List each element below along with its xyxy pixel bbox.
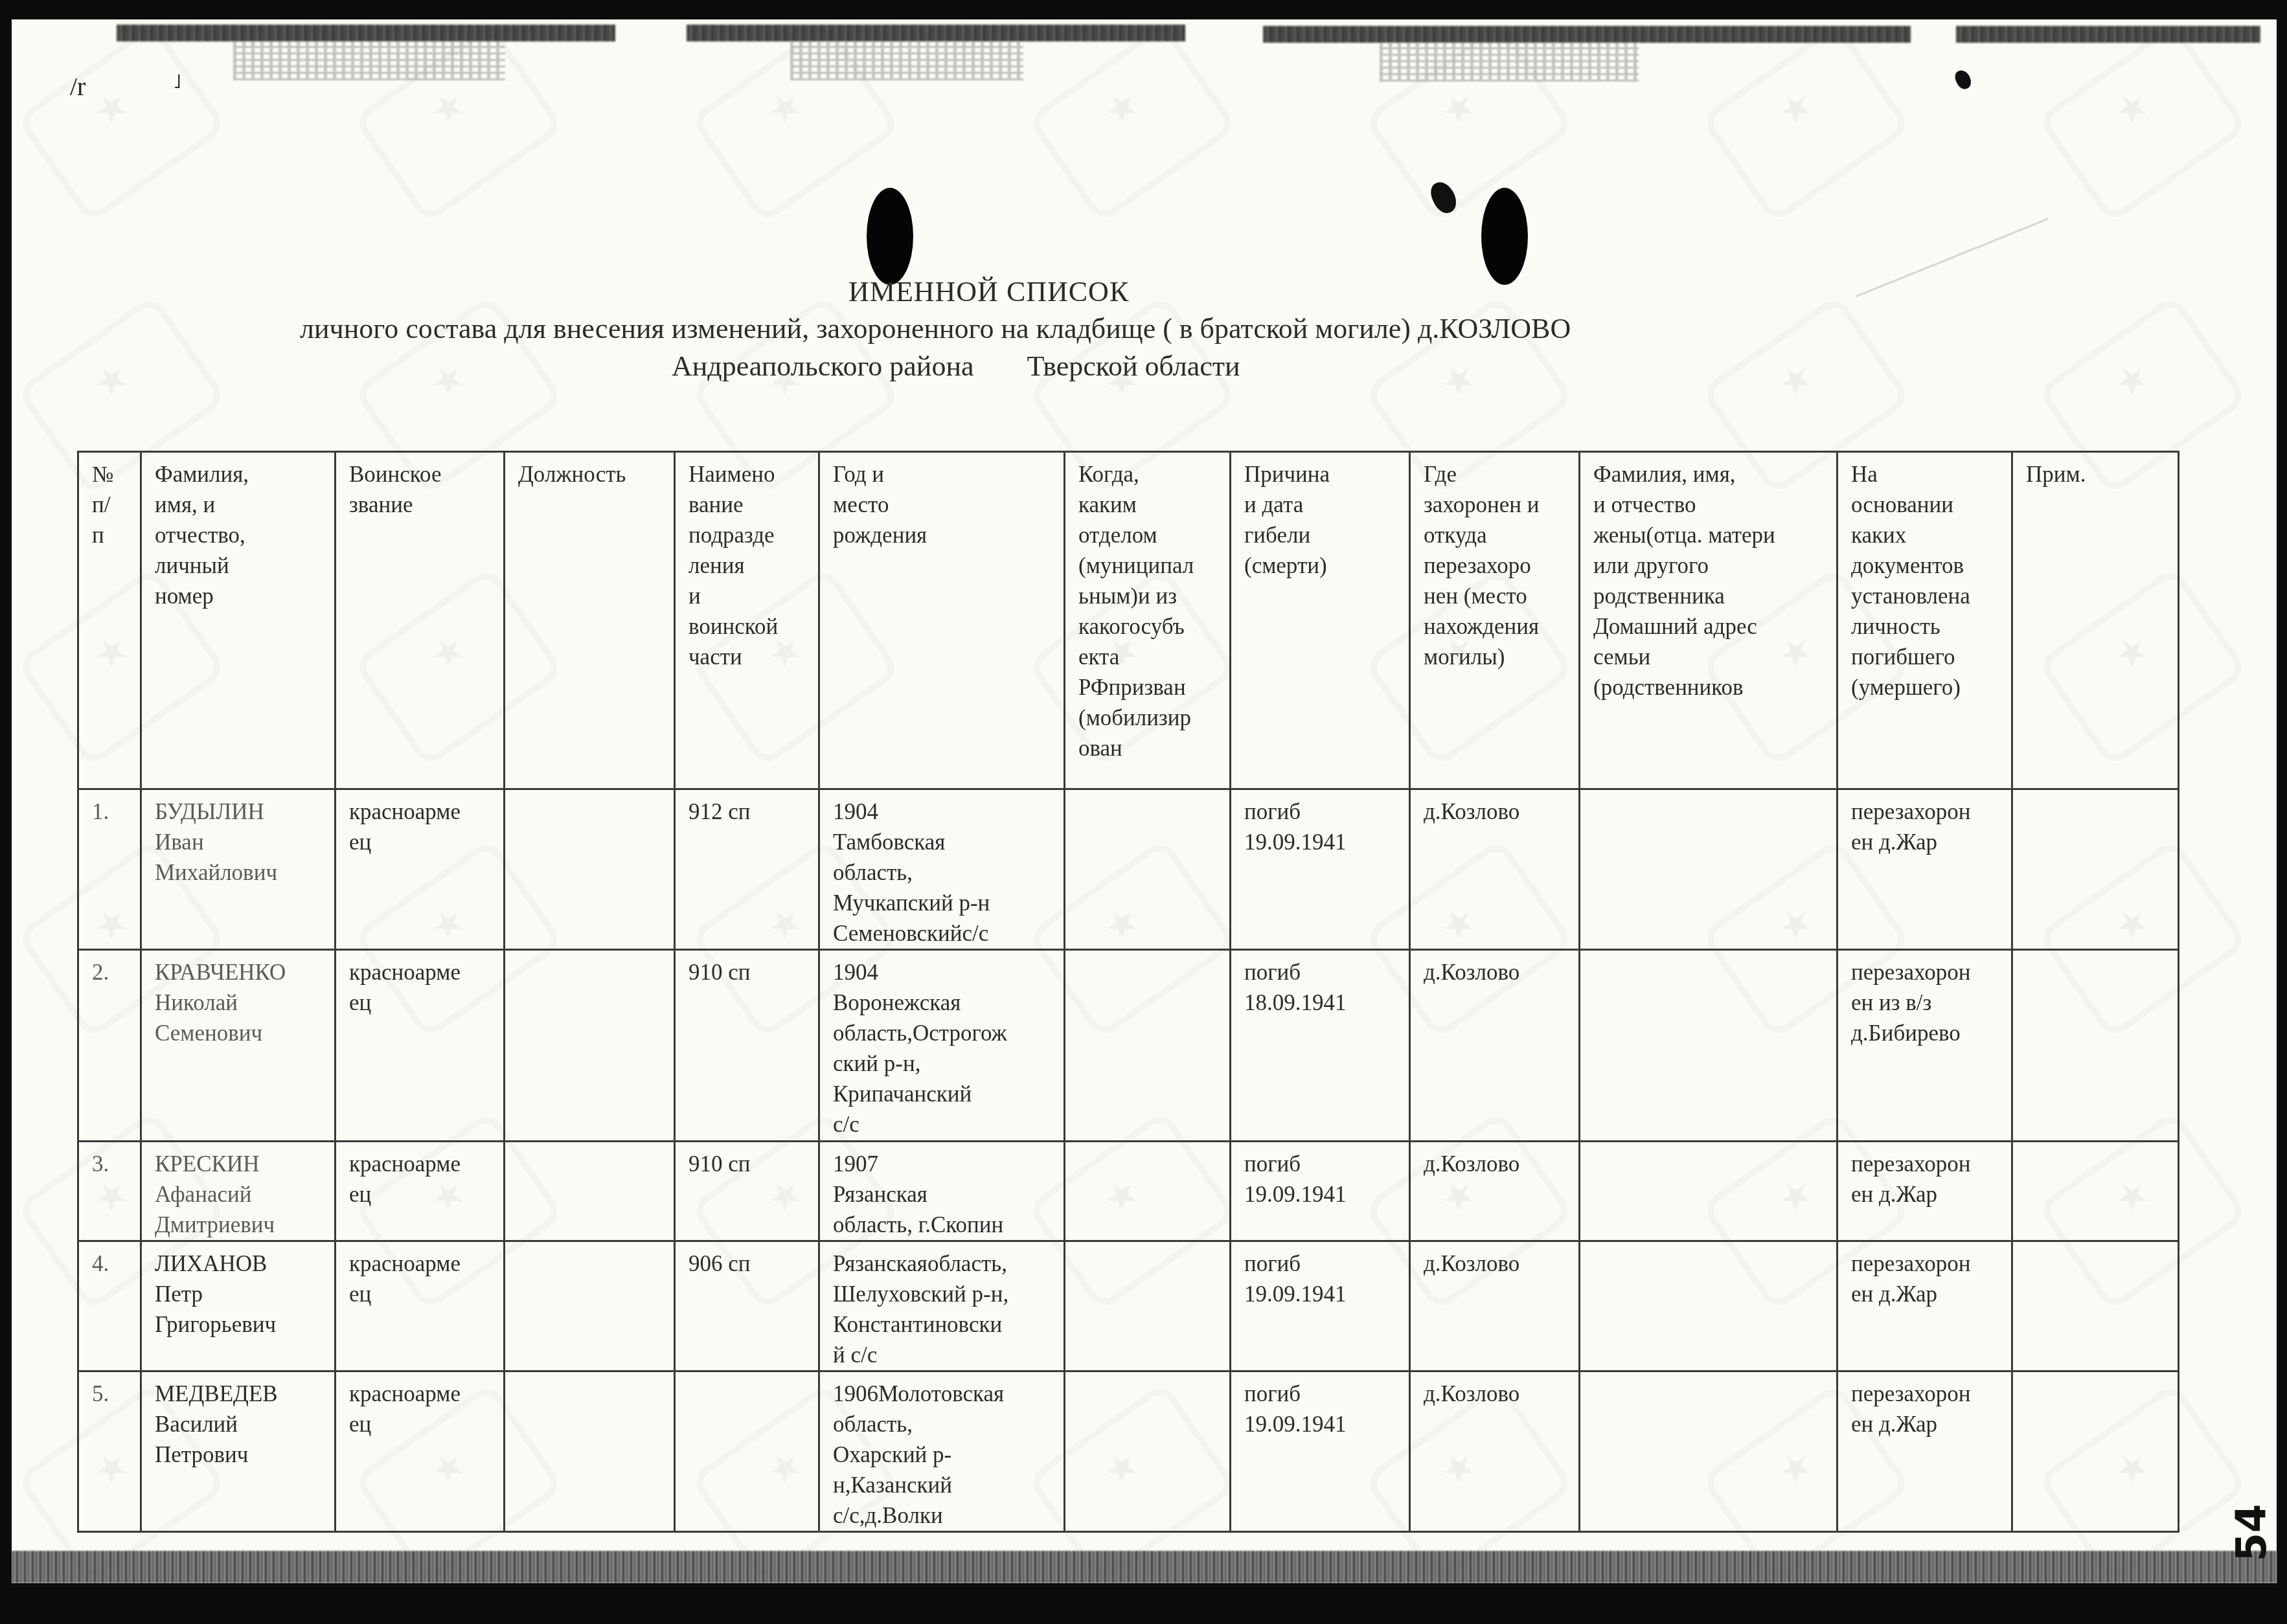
- header-line: личный: [155, 550, 334, 581]
- cell-line: Охарский р-: [833, 1439, 1064, 1470]
- header-line: основании: [1851, 490, 2011, 520]
- cell-position: [505, 1142, 675, 1241]
- cell-basis: перезахоронен из в/зд.Бибирево: [1838, 950, 2012, 1142]
- cell-line: Тамбовская: [833, 827, 1064, 857]
- cell-line: погиб: [1244, 957, 1409, 987]
- header-line: личность: [1851, 611, 2011, 642]
- cell-death: погиб18.09.1941: [1231, 950, 1410, 1142]
- header-line: могилы): [1424, 642, 1578, 672]
- header-line: имя, и: [155, 490, 334, 520]
- header-line: место: [833, 490, 1064, 520]
- cell-line: д.Козлово: [1424, 1379, 1578, 1409]
- district-name: Андреапольского района: [672, 350, 974, 382]
- header-line: Прим.: [2026, 459, 2178, 490]
- header-line: (родственников: [1593, 672, 1836, 703]
- cell-line: 2.: [92, 957, 140, 987]
- cell-birth: 1907Рязанскаяобласть, г.Скопин: [819, 1142, 1065, 1241]
- cell-line: ен из в/з: [1851, 987, 2011, 1018]
- header-line: отчество,: [155, 520, 334, 550]
- column-header-death: Причинаи датагибели(смерти): [1231, 452, 1410, 789]
- header-line: Должность: [518, 459, 674, 490]
- cell-position: [505, 950, 675, 1142]
- watermark-stamp-icon: ★: [1026, 22, 1238, 225]
- cell-line: перезахорон: [1851, 957, 2011, 987]
- header-line: На: [1851, 459, 2011, 490]
- scan-border-top: [0, 0, 2287, 22]
- cell-line: ец: [349, 827, 503, 857]
- header-line: документов: [1851, 550, 2011, 581]
- cell-line: 912 сп: [688, 796, 818, 827]
- header-line: рождения: [833, 520, 1064, 550]
- cell-birth: Рязанскаяобласть,Шелуховский р-н,Констан…: [819, 1241, 1065, 1371]
- document-location: Андреапольского районаТверской области: [672, 350, 1240, 383]
- cell-unit: 906 сп: [675, 1241, 819, 1371]
- header-line: родственника: [1593, 581, 1836, 611]
- header-line: ован: [1078, 733, 1229, 763]
- cell-line: перезахорон: [1851, 1379, 2011, 1409]
- cell-line: ец: [349, 1179, 503, 1210]
- table-header-row: №п/пФамилия, имя, иотчество,личныйномерВ…: [78, 452, 2179, 789]
- document-title: ИМЕННОЙ СПИСОК: [848, 275, 1129, 308]
- column-header-note: Прим.: [2012, 452, 2179, 789]
- cell-basis: перезахоронен д.Жар: [1838, 1142, 2012, 1241]
- cell-line: й с/с: [833, 1340, 1064, 1370]
- scan-smudge: [687, 25, 1185, 41]
- cell-relatives: [1580, 950, 1838, 1142]
- table-row: 4.ЛИХАНОВПетрГригорьевичкрасноармеец906 …: [78, 1241, 2179, 1371]
- cell-line: 19.09.1941: [1244, 1279, 1409, 1309]
- cell-drafted: [1065, 1371, 1231, 1532]
- cell-name: БУДЫЛИНИванМихайлович: [141, 789, 336, 950]
- cell-drafted: [1065, 950, 1231, 1142]
- cell-line: н,Казанский: [833, 1470, 1064, 1500]
- cell-rank: красноармеец: [336, 1142, 505, 1241]
- scan-smudge: [790, 41, 1023, 80]
- cell-name: КРАВЧЕНКОНиколайСеменович: [141, 950, 336, 1142]
- cell-birth: 1904Тамбовскаяобласть,Мучкапский р-нСеме…: [819, 789, 1065, 950]
- header-line: каким: [1078, 490, 1229, 520]
- cell-line: Константиновски: [833, 1309, 1064, 1340]
- header-line: Когда,: [1078, 459, 1229, 490]
- cell-death: погиб19.09.1941: [1231, 1241, 1410, 1371]
- header-line: жены(отца. матери: [1593, 520, 1836, 550]
- cell-line: 1904: [833, 796, 1064, 827]
- header-line: Фамилия, имя,: [1593, 459, 1836, 490]
- cell-note: [2012, 789, 2179, 950]
- cell-line: ец: [349, 987, 503, 1018]
- cell-line: перезахорон: [1851, 1149, 2011, 1179]
- header-line: РФпризван: [1078, 672, 1229, 703]
- header-line: п: [92, 520, 140, 550]
- cell-line: д.Козлово: [1424, 796, 1578, 827]
- header-line: установлена: [1851, 581, 2011, 611]
- table-row: 3.КРЕСКИНАфанасийДмитриевичкрасноармеец9…: [78, 1142, 2179, 1241]
- cell-line: 19.09.1941: [1244, 1409, 1409, 1439]
- cell-line: перезахорон: [1851, 1248, 2011, 1279]
- header-line: Наимено: [688, 459, 818, 490]
- cell-basis: перезахоронен д.Жар: [1838, 789, 2012, 950]
- header-line: ьным)и из: [1078, 581, 1229, 611]
- cell-unit: 910 сп: [675, 950, 819, 1142]
- header-line: или другого: [1593, 550, 1836, 581]
- cell-death: погиб19.09.1941: [1231, 1371, 1410, 1532]
- column-header-rank: Воинскоезвание: [336, 452, 505, 789]
- column-header-burial: Гдезахоронен иоткудаперезахоронен (место…: [1410, 452, 1580, 789]
- header-line: подразде: [688, 520, 818, 550]
- cell-line: Мучкапский р-н: [833, 888, 1064, 918]
- cell-line: ен д.Жар: [1851, 1279, 2011, 1309]
- cell-line: область,Острогож: [833, 1018, 1064, 1048]
- header-line: гибели: [1244, 520, 1409, 550]
- cell-position: [505, 1371, 675, 1532]
- header-line: звание: [349, 490, 503, 520]
- cell-drafted: [1065, 1241, 1231, 1371]
- cell-note: [2012, 1142, 2179, 1241]
- cell-line: д.Козлово: [1424, 957, 1578, 987]
- cell-rank: красноармеец: [336, 1241, 505, 1371]
- table-row: 5.МЕДВЕДЕВВасилийПетровичкрасноармеец190…: [78, 1371, 2179, 1532]
- cell-line: красноарме: [349, 1248, 503, 1279]
- region-name: Тверской области: [1027, 350, 1240, 382]
- cell-relatives: [1580, 1241, 1838, 1371]
- scan-border-bottom: [0, 1583, 2287, 1624]
- cell-line: Дмитриевич: [155, 1210, 334, 1240]
- column-header-relatives: Фамилия, имя,и отчествожены(отца. матери…: [1580, 452, 1838, 789]
- header-line: и дата: [1244, 490, 1409, 520]
- cell-relatives: [1580, 789, 1838, 950]
- header-line: Причина: [1244, 459, 1409, 490]
- table-row: 2.КРАВЧЕНКОНиколайСеменовичкрасноармеец9…: [78, 950, 2179, 1142]
- cell-drafted: [1065, 789, 1231, 950]
- header-line: части: [688, 642, 818, 672]
- cell-line: Афанасий: [155, 1179, 334, 1210]
- header-line: (муниципал: [1078, 550, 1229, 581]
- cell-line: погиб: [1244, 796, 1409, 827]
- cell-line: Воронежская: [833, 987, 1064, 1018]
- cell-num: 4.: [78, 1241, 141, 1371]
- cell-line: 4.: [92, 1248, 140, 1279]
- cell-line: 18.09.1941: [1244, 987, 1409, 1018]
- header-line: Где: [1424, 459, 1578, 490]
- cell-line: красноарме: [349, 1379, 503, 1409]
- scan-smudge: [1380, 43, 1639, 82]
- cell-line: погиб: [1244, 1248, 1409, 1279]
- cell-name: КРЕСКИНАфанасийДмитриевич: [141, 1142, 336, 1241]
- cell-line: 1904: [833, 957, 1064, 987]
- header-line: нахождения: [1424, 611, 1578, 642]
- cell-line: ский р-н,: [833, 1048, 1064, 1079]
- scan-smudge: [1956, 26, 2260, 43]
- cell-relatives: [1580, 1371, 1838, 1532]
- cell-burial: д.Козлово: [1410, 1371, 1580, 1532]
- cell-line: погиб: [1244, 1149, 1409, 1179]
- column-header-name: Фамилия, имя, иотчество,личныйномер: [141, 452, 336, 789]
- cell-line: красноарме: [349, 1149, 503, 1179]
- scan-border-right: [2277, 0, 2287, 1624]
- cell-note: [2012, 950, 2179, 1142]
- cell-line: 1907: [833, 1149, 1064, 1179]
- cell-line: Григорьевич: [155, 1309, 334, 1340]
- cell-name: ЛИХАНОВПетрГригорьевич: [141, 1241, 336, 1371]
- cell-line: 3.: [92, 1149, 140, 1179]
- scan-smudge: [117, 25, 615, 41]
- header-line: каких: [1851, 520, 2011, 550]
- header-line: нен (место: [1424, 581, 1578, 611]
- cell-line: ен д.Жар: [1851, 1179, 2011, 1210]
- cell-basis: перезахоронен д.Жар: [1838, 1371, 2012, 1532]
- column-header-basis: Наоснованиикакихдокументовустановленалич…: [1838, 452, 2012, 789]
- cell-line: перезахорон: [1851, 796, 2011, 827]
- cell-line: Михайлович: [155, 857, 334, 888]
- cell-name: МЕДВЕДЕВВасилийПетрович: [141, 1371, 336, 1532]
- cell-line: Семенович: [155, 1018, 334, 1048]
- cell-line: Рязанская: [833, 1179, 1064, 1210]
- cell-line: БУДЫЛИН: [155, 796, 334, 827]
- header-line: откуда: [1424, 520, 1578, 550]
- header-line: (мобилизир: [1078, 703, 1229, 733]
- cell-line: Шелуховский р-н,: [833, 1279, 1064, 1309]
- scan-smudge: [233, 41, 505, 80]
- cell-line: область,: [833, 1409, 1064, 1439]
- cell-num: 5.: [78, 1371, 141, 1532]
- cell-relatives: [1580, 1142, 1838, 1241]
- cell-unit: 910 сп: [675, 1142, 819, 1241]
- header-line: и: [688, 581, 818, 611]
- cell-line: ЛИХАНОВ: [155, 1248, 334, 1279]
- cell-unit: [675, 1371, 819, 1532]
- cell-rank: красноармеец: [336, 789, 505, 950]
- column-header-birth: Год и месторождения: [819, 452, 1065, 789]
- watermark-stamp-icon: ★: [1700, 22, 1912, 225]
- scan-smudge: [1263, 26, 1911, 43]
- header-line: Фамилия,: [155, 459, 334, 490]
- cell-line: Николай: [155, 987, 334, 1018]
- cell-burial: д.Козлово: [1410, 789, 1580, 950]
- cell-line: 19.09.1941: [1244, 827, 1409, 857]
- cell-unit: 912 сп: [675, 789, 819, 950]
- cell-line: область,: [833, 857, 1064, 888]
- cell-line: Семеновскийс/с: [833, 918, 1064, 949]
- cell-line: Петрович: [155, 1439, 334, 1470]
- cell-birth: 1906Молотовскаяобласть,Охарский р-н,Каза…: [819, 1371, 1065, 1532]
- table-body: 1.БУДЫЛИНИванМихайловичкрасноармеец912 с…: [78, 789, 2179, 1532]
- header-line: (умершего): [1851, 672, 2011, 703]
- cell-drafted: [1065, 1142, 1231, 1241]
- header-line: п/: [92, 490, 140, 520]
- cell-line: Рязанскаяобласть,: [833, 1248, 1064, 1279]
- header-line: отделом: [1078, 520, 1229, 550]
- cell-line: 1906Молотовская: [833, 1379, 1064, 1409]
- margin-mark-icon: /r: [70, 71, 85, 102]
- scan-border-left: [0, 0, 12, 1624]
- cell-line: 910 сп: [688, 1149, 818, 1179]
- cell-line: ен д.Жар: [1851, 827, 2011, 857]
- header-line: екта: [1078, 642, 1229, 672]
- header-line: Год и: [833, 459, 1064, 490]
- column-header-num: №п/п: [78, 452, 141, 789]
- watermark-stamp-icon: ★: [2036, 22, 2249, 225]
- column-header-unit: Наименованиеподразделенияивоинской части: [675, 452, 819, 789]
- cell-line: красноарме: [349, 957, 503, 987]
- header-line: Домашний адрес: [1593, 611, 1836, 642]
- margin-mark-icon: ˩: [174, 71, 181, 93]
- cell-rank: красноармеец: [336, 950, 505, 1142]
- cell-line: область, г.Скопин: [833, 1210, 1064, 1240]
- cell-line: д.Козлово: [1424, 1248, 1578, 1279]
- cell-line: 906 сп: [688, 1248, 818, 1279]
- column-header-position: Должность: [505, 452, 675, 789]
- header-line: семьи: [1593, 642, 1836, 672]
- cell-num: 2.: [78, 950, 141, 1142]
- header-line: ления: [688, 550, 818, 581]
- cell-position: [505, 789, 675, 950]
- cell-line: КРАВЧЕНКО: [155, 957, 334, 987]
- header-line: и отчество: [1593, 490, 1836, 520]
- cell-burial: д.Козлово: [1410, 1241, 1580, 1371]
- cell-line: МЕДВЕДЕВ: [155, 1379, 334, 1409]
- cell-death: погиб19.09.1941: [1231, 1142, 1410, 1241]
- header-line: вание: [688, 490, 818, 520]
- cell-line: Василий: [155, 1409, 334, 1439]
- header-line: (смерти): [1244, 550, 1409, 581]
- table-row: 1.БУДЫЛИНИванМихайловичкрасноармеец912 с…: [78, 789, 2179, 950]
- cell-position: [505, 1241, 675, 1371]
- header-line: №: [92, 459, 140, 490]
- cell-num: 1.: [78, 789, 141, 950]
- cell-line: 19.09.1941: [1244, 1179, 1409, 1210]
- cell-basis: перезахоронен д.Жар: [1838, 1241, 2012, 1371]
- cell-rank: красноармеец: [336, 1371, 505, 1532]
- cell-line: с/с: [833, 1109, 1064, 1140]
- cell-line: погиб: [1244, 1379, 1409, 1409]
- punch-hole-icon: [1481, 188, 1528, 285]
- header-line: какогосубъ: [1078, 611, 1229, 642]
- punch-hole-icon: [867, 188, 913, 285]
- cell-num: 3.: [78, 1142, 141, 1241]
- column-header-drafted: Когда,какимотделом(муниципальным)и изкак…: [1065, 452, 1231, 789]
- document-subtitle: личного состава для внесения изменений, …: [300, 312, 1571, 345]
- burial-roster-table: №п/пФамилия, имя, иотчество,личныйномерВ…: [77, 451, 2179, 1533]
- cell-line: Иван: [155, 827, 334, 857]
- cell-line: с/с,д.Волки: [833, 1500, 1064, 1531]
- header-line: погибшего: [1851, 642, 2011, 672]
- cell-line: 5.: [92, 1379, 140, 1409]
- handwritten-page-number: 54: [2228, 1504, 2276, 1561]
- cell-line: Крипачанский: [833, 1079, 1064, 1109]
- cell-note: [2012, 1371, 2179, 1532]
- cell-line: 910 сп: [688, 957, 818, 987]
- header-line: номер: [155, 581, 334, 611]
- watermark-stamp-icon: ★: [16, 22, 228, 225]
- header-line: воинской: [688, 611, 818, 642]
- cell-line: ец: [349, 1279, 503, 1309]
- cell-line: ен д.Жар: [1851, 1409, 2011, 1439]
- scan-smudge: [12, 1551, 2277, 1583]
- cell-birth: 1904Воронежскаяобласть,Острогожский р-н,…: [819, 950, 1065, 1142]
- cell-line: КРЕСКИН: [155, 1149, 334, 1179]
- cell-line: 1.: [92, 796, 140, 827]
- cell-line: красноарме: [349, 796, 503, 827]
- cell-line: д.Бибирево: [1851, 1018, 2011, 1048]
- cell-line: ец: [349, 1409, 503, 1439]
- header-line: Воинское: [349, 459, 503, 490]
- cell-burial: д.Козлово: [1410, 950, 1580, 1142]
- header-line: перезахоро: [1424, 550, 1578, 581]
- cell-death: погиб19.09.1941: [1231, 789, 1410, 950]
- cell-line: Петр: [155, 1279, 334, 1309]
- cell-note: [2012, 1241, 2179, 1371]
- cell-line: д.Козлово: [1424, 1149, 1578, 1179]
- cell-burial: д.Козлово: [1410, 1142, 1580, 1241]
- header-line: захоронен и: [1424, 490, 1578, 520]
